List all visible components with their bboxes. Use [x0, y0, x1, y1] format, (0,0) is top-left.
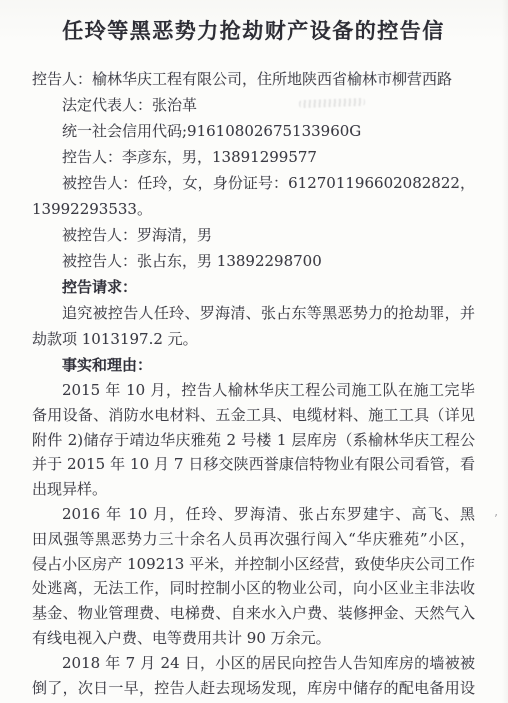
doc-line: 2015 年 10 月，控告人榆林华庆工程公司施工队在施工完毕后将配电 — [32, 378, 475, 403]
doc-line: 备用设备、消防水电材料、五金工具、电缆材料、施工工具（详见附件 1、 — [32, 403, 475, 428]
doc-line: 13992293533。 — [32, 196, 475, 222]
doc-line: 被控告人：张占东，男 13892298700 — [32, 248, 475, 274]
scan-edge-shade — [502, 0, 508, 703]
doc-line: 劫款项 1013197.2 元。 — [32, 326, 475, 352]
doc-line: 控告人：榆林华庆工程有限公司，住所地陕西省榆林市柳营西路 — [32, 66, 475, 92]
doc-line: 2018 年 7 月 24 日，小区的居民向控告人告知库房的墙被被控告人推 — [32, 651, 475, 676]
doc-line: 倒了，次日一早，控告人赶去现场发现，库房中储存的配电备用设备、消 — [32, 676, 475, 701]
doc-line: 附件 2)储存于靖边华庆雅苑 2 号楼 1 层库房（系榆林华庆工程公司库房）， — [32, 428, 475, 453]
doc-line: 侵占小区房产 109213 平米，并控制小区经营，致使华庆公司工作人员四 — [32, 552, 475, 577]
doc-section-label: 控告请求： — [32, 274, 475, 300]
doc-title: 任玲等黑恶势力抢劫财产设备的控告信 — [32, 0, 475, 46]
doc-header-section: 控告人：榆林华庆工程有限公司，住所地陕西省榆林市柳营西路 法定代表人：张治革 统… — [32, 66, 475, 378]
doc-line: 并于 2015 年 10 月 7 日移交陕西誉康信特物业有限公司看管，看管期间没 — [32, 452, 475, 477]
doc-line: 被控告人：任玲，女，身份证号：612701196602082822，电话： — [32, 170, 475, 196]
scan-mark: ’ — [494, 512, 498, 526]
document-page: 任玲等黑恶势力抢劫财产设备的控告信 ’ 控告人：榆林华庆工程有限公司，住所地陕西… — [0, 0, 508, 703]
doc-line: 被控告人：罗海清，男 — [32, 222, 475, 248]
doc-section-label: 事实和理由： — [32, 352, 475, 378]
doc-line: 法定代表人：张治革 — [32, 92, 475, 118]
doc-line: 出现异样。 — [32, 477, 475, 502]
doc-line: 控告人：李彦东，男，13891299577 — [32, 144, 475, 170]
doc-line: 2016 年 10 月，任玲、罗海清、张占东罗建宇、高飞、黑蛋、冯伟、 — [32, 502, 475, 527]
doc-line: 田凤强等黑恶势力三十余名人员再次强行闯入“华庆雅苑”小区，打、砸、 — [32, 527, 475, 552]
doc-facts-section: 2015 年 10 月，控告人榆林华庆工程公司施工队在施工完毕后将配电 备用设备… — [32, 378, 475, 700]
doc-line: 有线电视入户费、电等费用共计 90 万余元。 — [32, 626, 475, 651]
doc-line: 统一社会信用代码;91610802675133960G — [32, 118, 475, 144]
doc-line: 追究被控告人任玲、罗海清、张占东等黑恶势力的抢劫罪，并追缴抢 — [32, 300, 475, 326]
doc-line: 基金、物业管理费、电梯费、自来水入户费、装修押金、天然气入户费、 — [32, 601, 475, 626]
doc-line: 处逃离，无法工作，同时控制小区的物业公司，向小区业主非法收取大修 — [32, 576, 475, 601]
